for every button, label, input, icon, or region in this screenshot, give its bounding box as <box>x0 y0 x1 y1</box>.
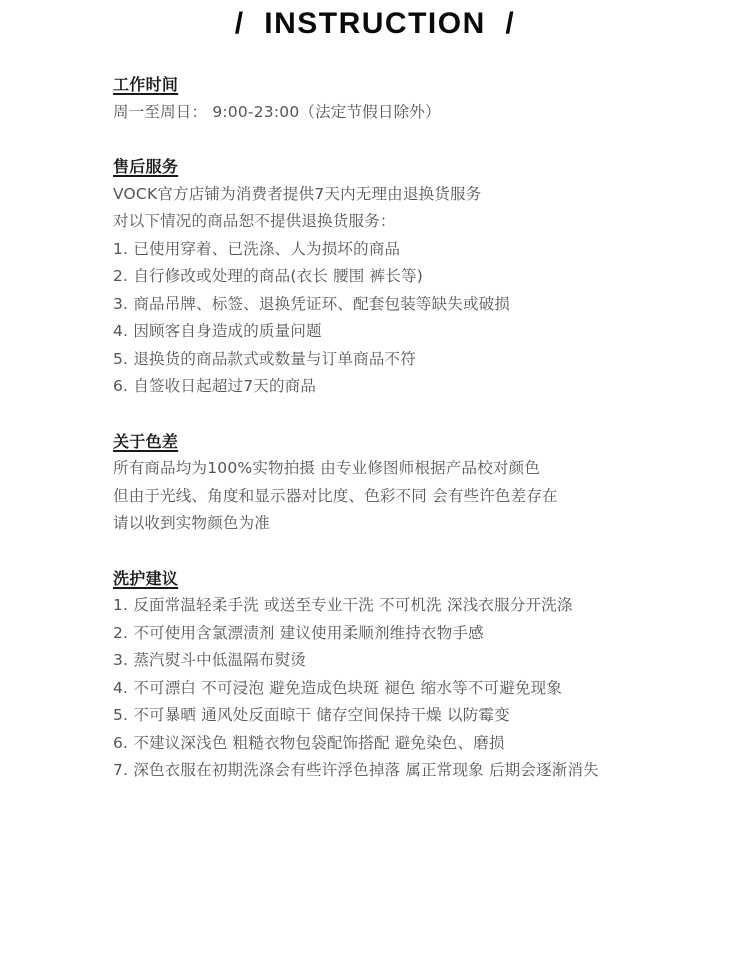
text-line: VOCK官方店铺为消费者提供7天内无理由退换货服务 <box>113 181 733 209</box>
section-heading: 售后服务 <box>113 153 733 181</box>
text-line: 请以收到实物颜色为准 <box>113 510 733 538</box>
text-line: 但由于光线、角度和显示器对比度、色彩不同 会有些许色差存在 <box>113 483 733 511</box>
list-item: 6. 不建议深浅色 粗糙衣物包袋配饰搭配 避免染色、磨损 <box>113 730 733 758</box>
list-item: 1. 已使用穿着、已洗涤、人为损坏的商品 <box>113 236 733 264</box>
section-after-sales: 售后服务 VOCK官方店铺为消费者提供7天内无理由退换货服务 对以下情况的商品恕… <box>113 153 733 401</box>
list-item: 4. 因顾客自身造成的质量问题 <box>113 318 733 346</box>
section-working-hours: 工作时间 周一至周日： 9:00-23:00（法定节假日除外） <box>113 71 733 126</box>
list-item: 5. 不可暴晒 通风处反面晾干 储存空间保持干燥 以防霉变 <box>113 702 733 730</box>
section-heading: 工作时间 <box>113 71 733 99</box>
list-item: 4. 不可漂白 不可浸泡 避免造成色块斑 褪色 缩水等不可避免现象 <box>113 675 733 703</box>
text-line: 所有商品均为100%实物拍摄 由专业修图师根据产品校对颜色 <box>113 455 733 483</box>
list-item: 6. 自签收日起超过7天的商品 <box>113 373 733 401</box>
text-line: 周一至周日： 9:00-23:00（法定节假日除外） <box>113 99 733 127</box>
section-color-difference: 关于色差 所有商品均为100%实物拍摄 由专业修图师根据产品校对颜色 但由于光线… <box>113 428 733 538</box>
list-item: 7. 深色衣服在初期洗涤会有些许浮色掉落 属正常现象 后期会逐渐消失 <box>113 757 733 785</box>
list-item: 2. 不可使用含氯漂渍剂 建议使用柔顺剂维持衣物手感 <box>113 620 733 648</box>
section-heading: 关于色差 <box>113 428 733 456</box>
list-item: 2. 自行修改或处理的商品(衣长 腰围 裤长等) <box>113 263 733 291</box>
page-title: / INSTRUCTION / <box>0 4 750 44</box>
list-item: 3. 商品吊牌、标签、退换凭证环、配套包装等缺失或破损 <box>113 291 733 319</box>
list-item: 5. 退换货的商品款式或数量与订单商品不符 <box>113 346 733 374</box>
section-care-advice: 洗护建议 1. 反面常温轻柔手洗 或送至专业干洗 不可机洗 深浅衣服分开洗涤 2… <box>113 565 733 785</box>
section-heading: 洗护建议 <box>113 565 733 593</box>
instruction-content: 工作时间 周一至周日： 9:00-23:00（法定节假日除外） 售后服务 VOC… <box>113 71 733 812</box>
list-item: 1. 反面常温轻柔手洗 或送至专业干洗 不可机洗 深浅衣服分开洗涤 <box>113 592 733 620</box>
text-line: 对以下情况的商品恕不提供退换货服务： <box>113 208 733 236</box>
list-item: 3. 蒸汽熨斗中低温隔布熨烫 <box>113 647 733 675</box>
